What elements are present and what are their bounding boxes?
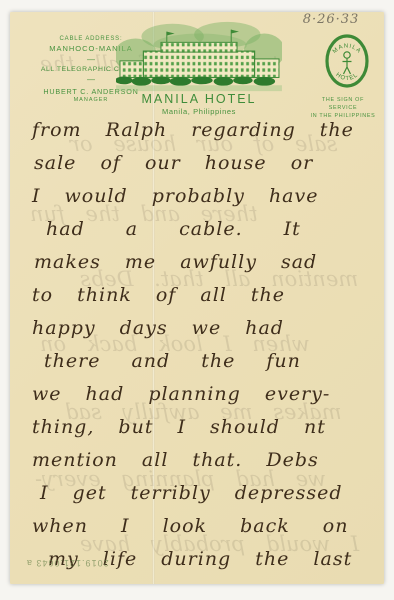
handwritten-line: I get terribly depressed: [32, 477, 378, 510]
letter-body: from Ralph regarding the sale of our hou…: [32, 114, 378, 576]
handwritten-line: mention all that. Debs: [32, 444, 378, 477]
motto-line-1: THE SIGN OF SERVICE: [308, 96, 378, 112]
handwritten-line: from Ralph regarding the: [32, 114, 378, 147]
handwritten-line: thing, but I should nt: [32, 411, 378, 444]
seal-top-text: MANILA: [332, 43, 362, 55]
svg-text:HOTEL: HOTEL: [334, 72, 359, 82]
handwritten-line: when I look back on: [32, 510, 378, 543]
seal-figure-icon: [343, 52, 352, 74]
letter-paper: to think of all the sale of our house or…: [10, 12, 384, 584]
hotel-building-illustration: [116, 16, 282, 96]
handwritten-line: we had planning every-: [32, 378, 378, 411]
hotel-name: MANILA HOTEL: [116, 92, 282, 106]
catalog-number: 2019.121.0643 a: [26, 558, 109, 568]
date-annotation: 8·26·33: [286, 12, 376, 27]
handwritten-line: makes me awfully sad: [32, 246, 378, 279]
svg-text:MANILA: MANILA: [332, 43, 362, 55]
handwritten-line: there and the fun: [32, 345, 378, 378]
handwritten-line: happy days we had: [32, 312, 378, 345]
seal-bottom-text: HOTEL: [334, 72, 359, 82]
scanned-letter: to think of all the sale of our house or…: [0, 0, 394, 600]
handwritten-line: I would probably have: [32, 180, 378, 213]
handwritten-line: had a cable. It: [32, 213, 378, 246]
hotel-seal-icon: MANILA HOTEL: [324, 34, 370, 88]
handwritten-line: sale of our house or: [32, 147, 378, 180]
handwritten-line: to think of all the: [32, 279, 378, 312]
